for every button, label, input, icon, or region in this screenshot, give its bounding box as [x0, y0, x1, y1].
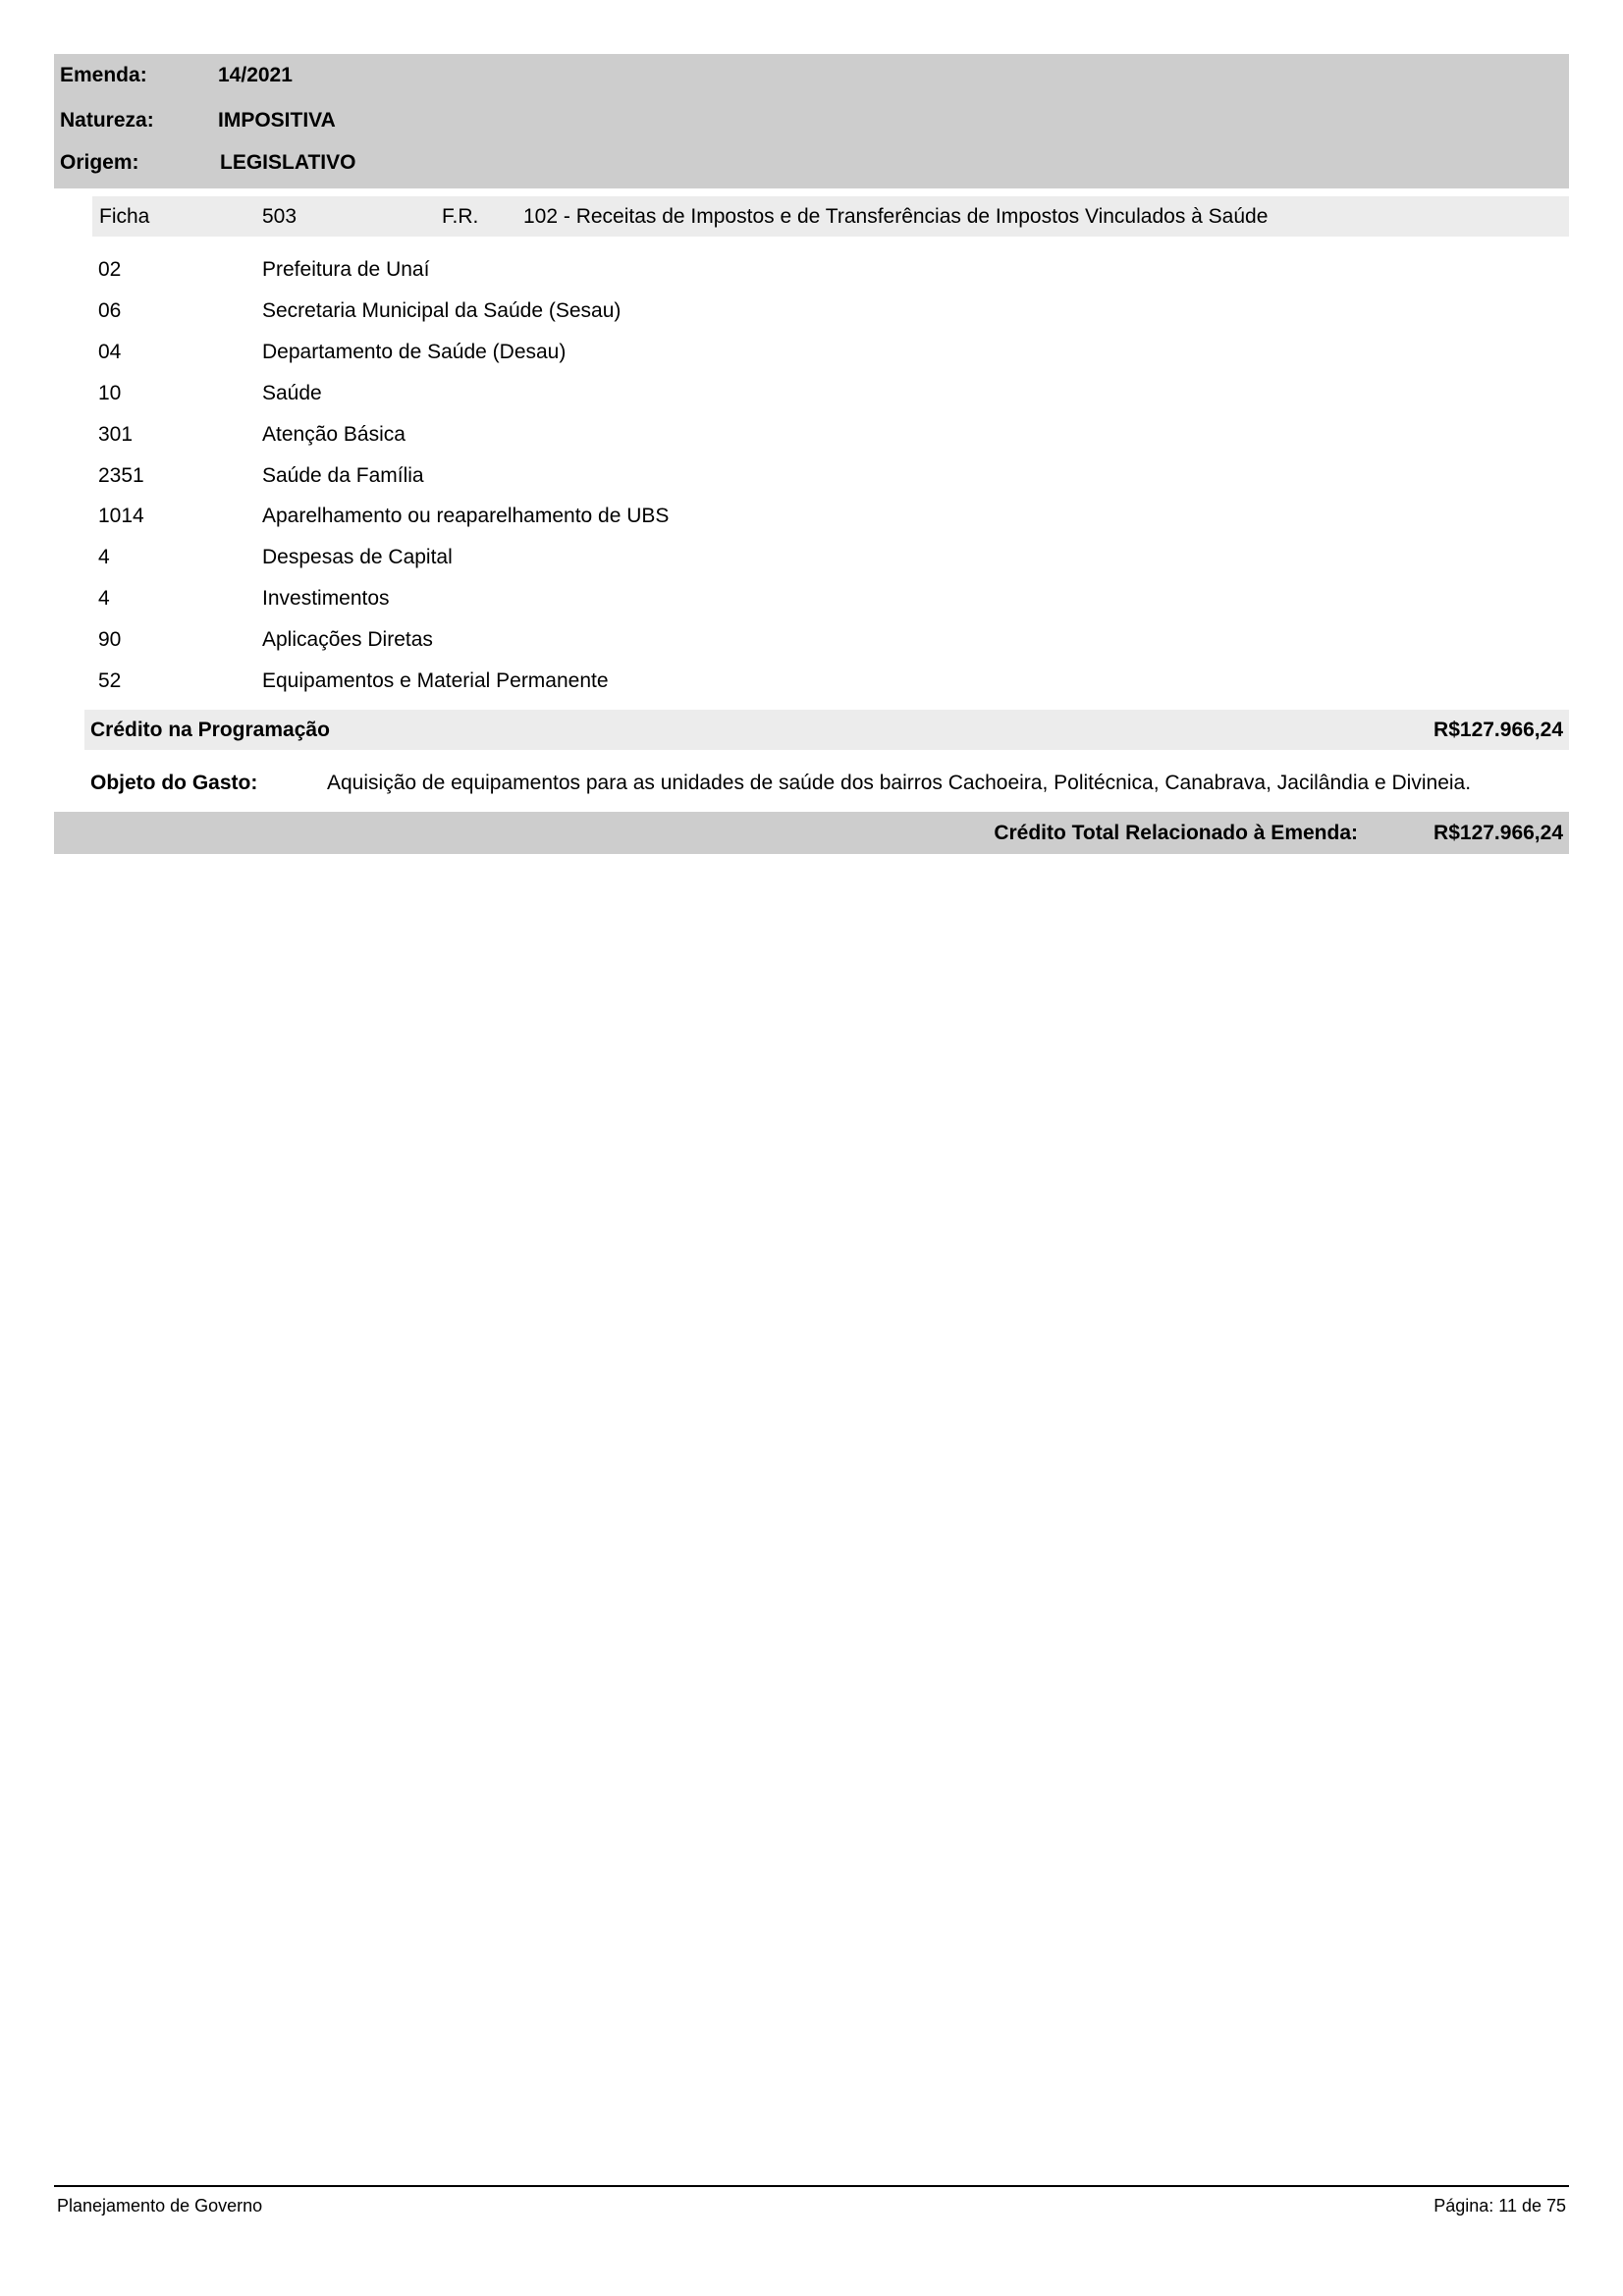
- classification-row: 04Departamento de Saúde (Desau): [98, 341, 1473, 382]
- page-number: Página: 11 de 75: [1434, 2196, 1566, 2216]
- classification-description: Aplicações Diretas: [262, 628, 433, 652]
- classification-row: 1014Aparelhamento ou reaparelhamento de …: [98, 505, 1473, 546]
- ficha-row: Ficha 503 F.R. 102 - Receitas de Imposto…: [92, 196, 1569, 237]
- classification-row: 90Aplicações Diretas: [98, 628, 1473, 669]
- objeto-label: Objeto do Gasto:: [90, 772, 257, 795]
- classification-code: 04: [98, 341, 121, 364]
- classification-row: 10Saúde: [98, 382, 1473, 423]
- natureza-value: IMPOSITIVA: [218, 109, 336, 133]
- classification-row: 06Secretaria Municipal da Saúde (Sesau): [98, 299, 1473, 341]
- emenda-label: Emenda:: [60, 64, 147, 87]
- classification-code: 90: [98, 628, 121, 652]
- classification-description: Departamento de Saúde (Desau): [262, 341, 566, 364]
- natureza-label: Natureza:: [60, 109, 154, 133]
- classification-description: Aparelhamento ou reaparelhamento de UBS: [262, 505, 669, 528]
- classification-description: Investimentos: [262, 587, 390, 611]
- classification-row: 52Equipamentos e Material Permanente: [98, 669, 1473, 711]
- credito-programacao-row: Crédito na Programação R$127.966,24: [84, 710, 1569, 750]
- credito-value: R$127.966,24: [1434, 719, 1563, 742]
- objeto-gasto-row: Objeto do Gasto: Aquisição de equipament…: [90, 772, 1573, 801]
- ficha-label: Ficha: [99, 205, 149, 229]
- credito-label: Crédito na Programação: [90, 719, 330, 742]
- classification-description: Despesas de Capital: [262, 546, 453, 569]
- fr-value: 102 - Receitas de Impostos e de Transfer…: [523, 205, 1268, 229]
- classification-row: 4Investimentos: [98, 587, 1473, 628]
- classification-code: 4: [98, 587, 110, 611]
- classification-description: Prefeitura de Unaí: [262, 258, 429, 282]
- classification-row: 4Despesas de Capital: [98, 546, 1473, 587]
- classification-code: 4: [98, 546, 110, 569]
- classification-code: 52: [98, 669, 121, 693]
- total-label: Crédito Total Relacionado à Emenda:: [994, 822, 1358, 845]
- classification-row: 301Atenção Básica: [98, 423, 1473, 464]
- classification-code: 301: [98, 423, 133, 447]
- total-value: R$127.966,24: [1434, 822, 1563, 845]
- classification-description: Saúde da Família: [262, 464, 424, 488]
- origem-label: Origem:: [60, 151, 139, 175]
- classification-code: 1014: [98, 505, 144, 528]
- footer-divider: [54, 2185, 1569, 2187]
- classification-description: Atenção Básica: [262, 423, 406, 447]
- ficha-number: 503: [262, 205, 297, 229]
- classification-code: 02: [98, 258, 121, 282]
- objeto-value: Aquisição de equipamentos para as unidad…: [327, 772, 1471, 795]
- classification-row: 2351Saúde da Família: [98, 464, 1473, 506]
- classification-description: Saúde: [262, 382, 322, 405]
- footer-title: Planejamento de Governo: [57, 2196, 262, 2216]
- classification-code: 06: [98, 299, 121, 323]
- fr-label: F.R.: [442, 205, 478, 229]
- classification-code: 2351: [98, 464, 144, 488]
- emenda-header: Emenda: 14/2021 Natureza: IMPOSITIVA Ori…: [54, 54, 1569, 188]
- classification-description: Secretaria Municipal da Saúde (Sesau): [262, 299, 621, 323]
- classification-code: 10: [98, 382, 121, 405]
- classification-row: 02Prefeitura de Unaí: [98, 258, 1473, 299]
- origem-value: LEGISLATIVO: [220, 151, 355, 175]
- emenda-value: 14/2021: [218, 64, 293, 87]
- credito-total-bar: Crédito Total Relacionado à Emenda: R$12…: [54, 812, 1569, 854]
- classification-description: Equipamentos e Material Permanente: [262, 669, 609, 693]
